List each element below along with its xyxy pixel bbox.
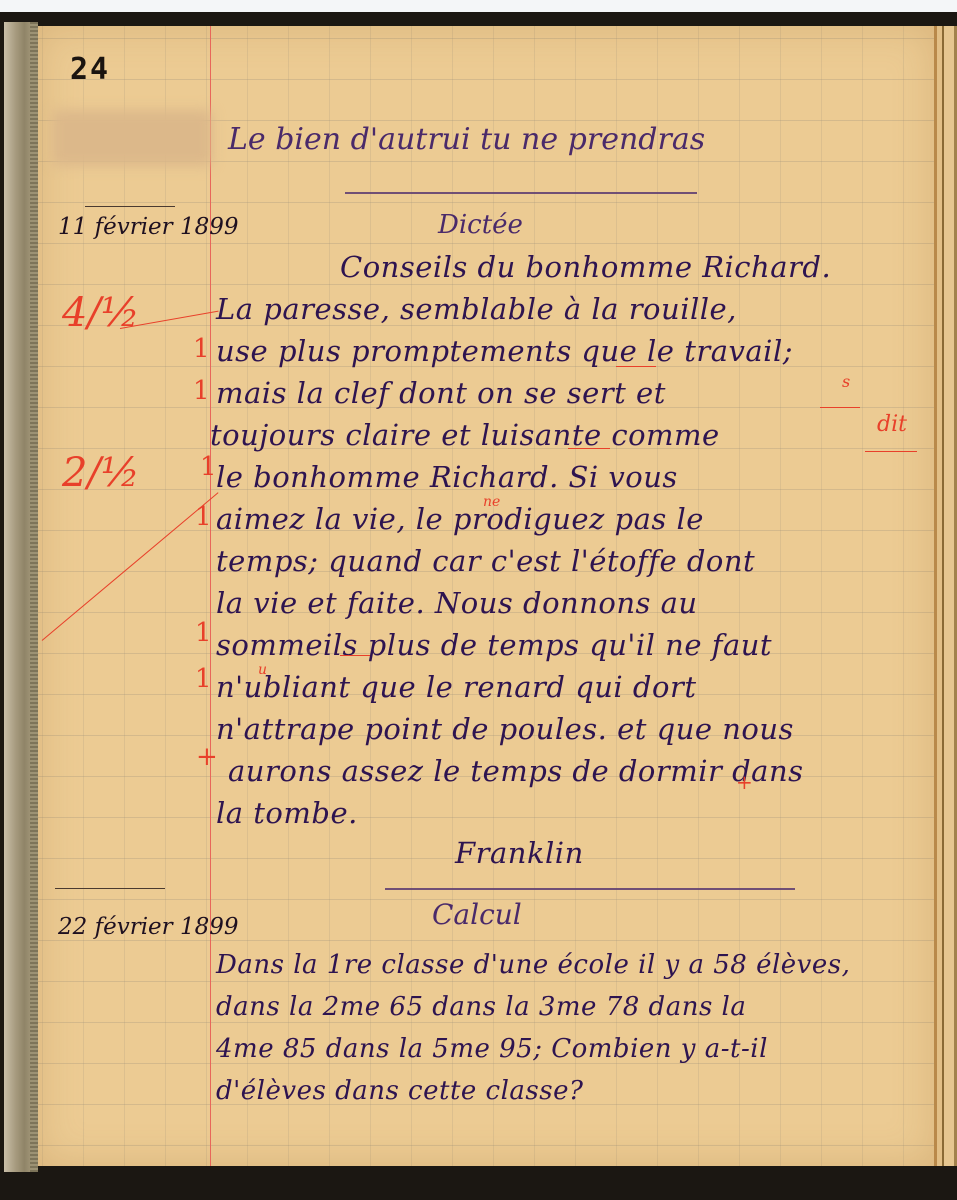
- page-motto: Le bien d'autrui tu ne prendras: [228, 122, 705, 157]
- error-tick: 1: [193, 334, 210, 364]
- text-line: aurons assez le temps de dormir dans: [228, 754, 804, 788]
- spine-binding: [30, 22, 38, 1172]
- entry-date: 22 février 1899: [58, 914, 239, 940]
- text-line: mais la clef dont on se sert et: [216, 376, 666, 410]
- redacted-name: [52, 110, 212, 166]
- text-line: 4me 85 dans la 5me 95; Combien y a-t-il: [216, 1034, 768, 1064]
- entry-date: 11 février 1899: [58, 214, 239, 240]
- error-tick: 1: [195, 664, 212, 694]
- text-line: Dans la 1re classe d'une école il y a 58…: [216, 950, 850, 980]
- text-line: la vie et faite. Nous donnons au: [216, 586, 698, 620]
- error-tick: +: [196, 742, 218, 772]
- error-tick: 1: [195, 502, 212, 532]
- text-line: dans la 2me 65 dans la 3me 78 dans la: [216, 992, 746, 1022]
- text-line: sommeils plus de temps qu'il ne faut: [216, 628, 772, 662]
- correction-underline: [820, 407, 860, 408]
- page-number: 24: [70, 52, 110, 87]
- correction-s: s: [842, 372, 850, 391]
- text-line: toujours claire et luisante comme: [210, 418, 720, 452]
- correction-u: u: [258, 662, 267, 678]
- text-line: use plus promptements que le travail;: [216, 334, 793, 368]
- correction-underline: [568, 448, 610, 449]
- text-line: aimez la vie, le prodiguez pas le: [216, 502, 704, 536]
- correction-ne: ne: [483, 494, 500, 510]
- signature: Franklin: [455, 836, 584, 870]
- entry-subject: Dictée: [438, 210, 523, 240]
- text-line: le bonhomme Richard. Si vous: [216, 460, 678, 494]
- grade-mark: 4/½: [62, 290, 140, 336]
- correction-plus: +: [736, 770, 753, 794]
- text-line: la tombe.: [216, 796, 358, 830]
- margin-line: [210, 26, 211, 1166]
- dictation-title: Conseils du bonhomme Richard.: [340, 250, 831, 284]
- text-line: d'élèves dans cette classe?: [216, 1076, 583, 1106]
- text-line: n'ubliant que le renard qui dort: [216, 670, 696, 704]
- grade-mark: 2/½: [62, 450, 140, 496]
- date-rule: [85, 206, 175, 207]
- correction-underline: [616, 366, 656, 367]
- text-line: temps; quand car c'est l'étoffe dont: [216, 544, 755, 578]
- page-edge: [934, 26, 957, 1166]
- date-rule: [55, 888, 165, 889]
- correction-underline: [340, 655, 370, 656]
- error-tick: 1: [200, 452, 217, 482]
- section-divider: [385, 888, 795, 890]
- error-tick: 1: [193, 376, 210, 406]
- text-line: n'attrape point de poules. et que nous: [216, 712, 794, 746]
- text-line: La paresse, semblable à la rouille,: [216, 292, 737, 326]
- error-tick: 1: [195, 618, 212, 648]
- entry-subject: Calcul: [432, 898, 522, 931]
- correction-underline: [865, 451, 917, 452]
- correction-dit: dit: [877, 412, 907, 437]
- section-divider: [345, 192, 697, 194]
